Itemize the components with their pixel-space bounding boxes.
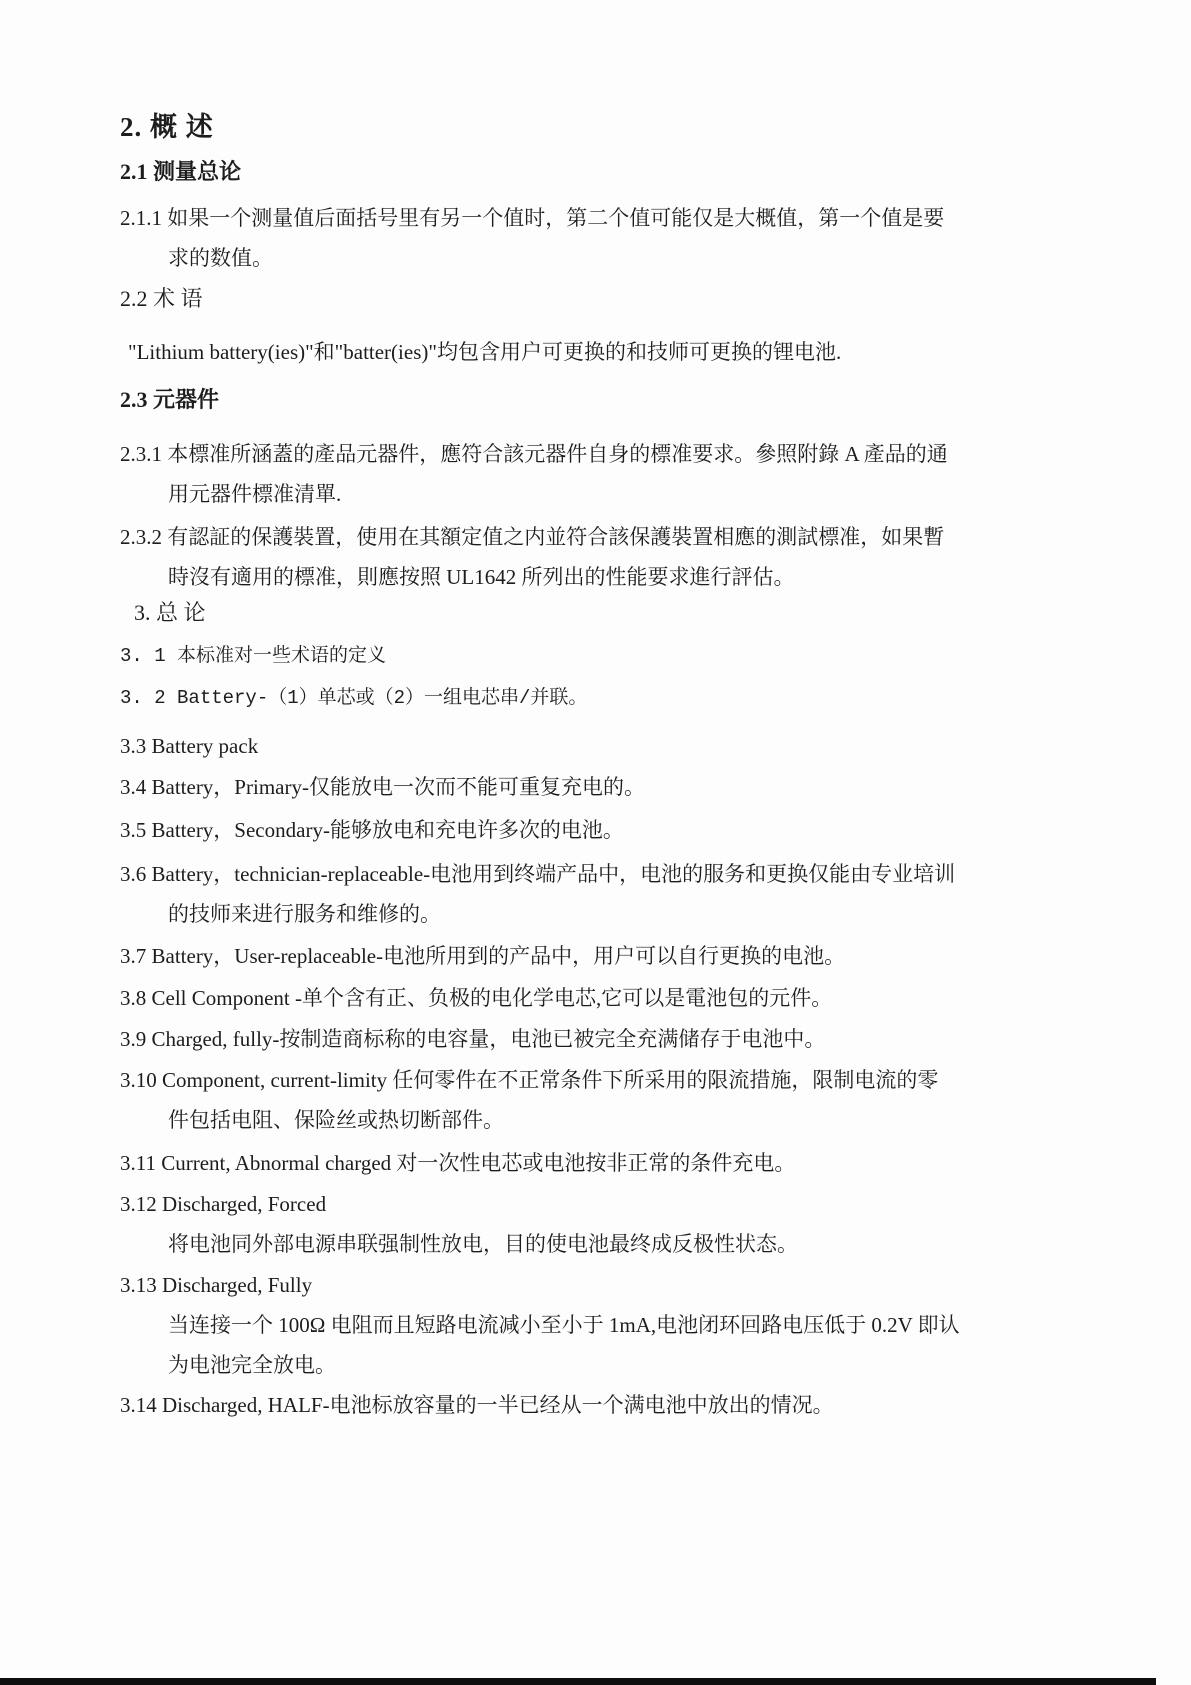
paragraph-3-14-discharged-half: 3.14 Discharged, HALF-电池标放容量的一半已经从一个满电池中… xyxy=(120,1385,1055,1425)
paragraph-2-3-1: 2.3.1 本標准所涵蓋的產品元器件，應符合該元器件自身的標准要求。參照附錄 A… xyxy=(120,434,1055,514)
section-heading-2-1-measurement: 2.1 测量总论 xyxy=(120,152,1055,192)
section-heading-2-overview: 2. 概 述 xyxy=(120,107,1055,147)
paragraph-3-3-battery-pack: 3.3 Battery pack xyxy=(120,726,1055,766)
paragraph-lithium-battery-definition: "Lithium battery(ies)"和"batter(ies)"均包含用… xyxy=(128,332,1055,372)
section-heading-2-3-components: 2.3 元器件 xyxy=(120,380,1055,420)
document-page: 2. 概 述 2.1 测量总论 2.1.1 如果一个测量值后面括号里有另一个值时… xyxy=(0,0,1191,1685)
page-bottom-scan-edge xyxy=(0,1678,1156,1685)
paragraph-2-1-1: 2.1.1 如果一个测量值后面括号里有另一个值时，第二个值可能仅是大概值，第一个… xyxy=(120,198,1055,278)
paragraph-3-12-discharged-forced: 3.12 Discharged, Forced 将电池同外部电源串联强制性放电，… xyxy=(120,1184,1055,1264)
paragraph-3-9-charged-fully: 3.9 Charged, fully-按制造商标称的电容量，电池已被完全充满储存… xyxy=(120,1019,1055,1059)
paragraph-3-8-cell-component: 3.8 Cell Component -单个含有正、负极的电化学电芯,它可以是電… xyxy=(120,978,1055,1018)
paragraph-3-2: 3. 2 Battery-（1）单芯或（2）一组电芯串/并联。 xyxy=(120,678,1055,718)
paragraph-3-13-discharged-fully: 3.13 Discharged, Fully 当连接一个 100Ω 电阻而且短路… xyxy=(120,1265,1055,1385)
paragraph-3-10-component-current-limiting: 3.10 Component, current-limity 任何零件在不正常条… xyxy=(120,1060,1055,1140)
paragraph-3-7-battery-user-replaceable: 3.7 Battery，User-replaceable-电池所用到的产品中，用… xyxy=(120,936,1055,976)
paragraph-3-11-current-abnormal-charged: 3.11 Current, Abnormal charged 对一次性电芯或电池… xyxy=(120,1143,1055,1183)
paragraph-2-3-2: 2.3.2 有認証的保護裝置，使用在其額定值之内並符合該保護裝置相應的測試標准，… xyxy=(120,517,1055,597)
paragraph-3-5-battery-secondary: 3.5 Battery，Secondary-能够放电和充电许多次的电池。 xyxy=(120,810,1055,850)
section-heading-3-general: 3. 总 论 xyxy=(134,593,1055,633)
section-heading-2-2-terminology: 2.2 术 语 xyxy=(120,279,1055,319)
paragraph-3-1: 3. 1 本标准对一些术语的定义 xyxy=(120,636,1055,676)
paragraph-3-4-battery-primary: 3.4 Battery，Primary-仅能放电一次而不能可重复充电的。 xyxy=(120,767,1055,807)
paragraph-3-6-battery-technician-replaceable: 3.6 Battery，technician-replaceable-电池用到终… xyxy=(120,854,1055,934)
document-content: 2. 概 述 2.1 测量总论 2.1.1 如果一个测量值后面括号里有另一个值时… xyxy=(120,107,1055,1425)
